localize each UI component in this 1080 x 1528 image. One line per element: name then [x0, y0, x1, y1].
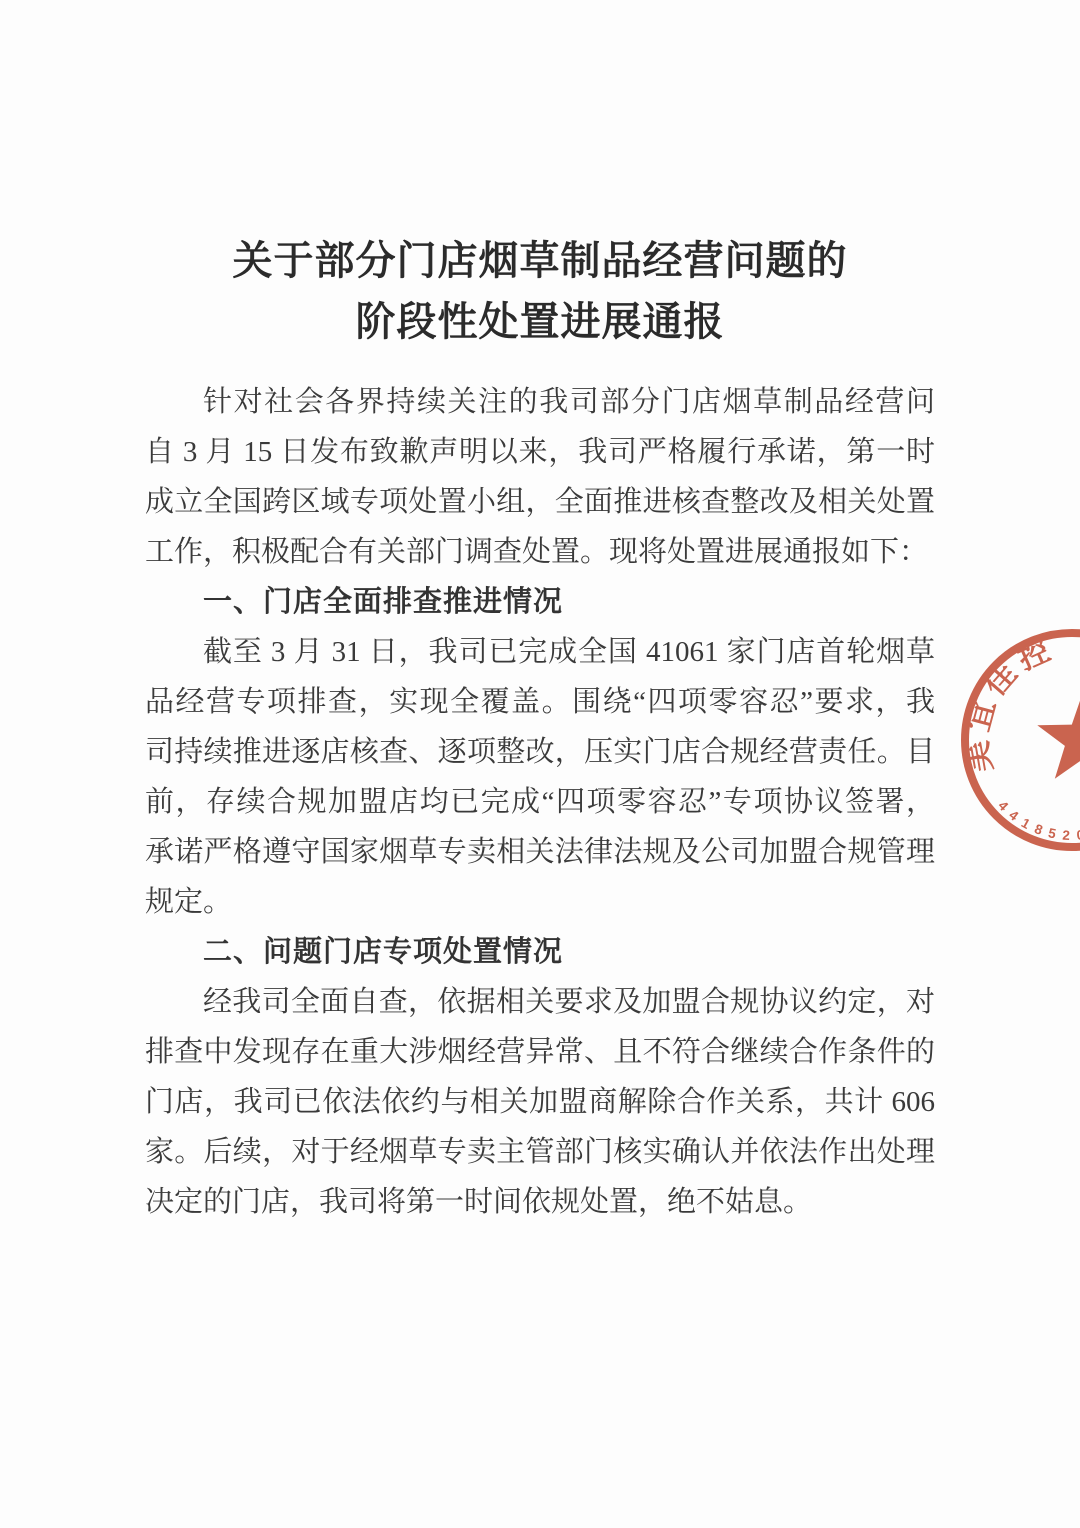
section-1-line: 规定。	[145, 877, 935, 927]
scanned-document-page: 关于部分门店烟草制品经营问题的 阶段性处置进展通报 针对社会各界持续关注的我司部…	[0, 0, 1080, 1528]
section-1-line: 品经营专项排查，实现全覆盖。围绕“四项零容忍”要求，我	[145, 677, 935, 727]
section-2-line: 家。后续，对于经烟草专卖主管部门核实确认并依法作出处理	[145, 1127, 935, 1177]
intro-line: 针对社会各界持续关注的我司部分门店烟草制品经营问题，	[145, 377, 935, 427]
section-2-heading: 二、问题门店专项处置情况	[145, 927, 935, 977]
seal-serial-digit: 1	[1019, 815, 1033, 832]
intro-line: 自 3 月 15 日发布致歉声明以来，我司严格履行承诺，第一时间	[145, 427, 935, 477]
seal-serial-digit: 4	[1006, 807, 1021, 824]
section-1-line: 截至 3 月 31 日，我司已完成全国 41061 家门店首轮烟草制	[145, 627, 935, 677]
seal-arc-char: 佳	[977, 656, 1024, 702]
section-2-line: 决定的门店，我司将第一时间依规处置，绝不姑息。	[145, 1177, 935, 1227]
section-1-line: 承诺严格遵守国家烟草专卖相关法律法规及公司加盟合规管理	[145, 827, 935, 877]
document-title: 关于部分门店烟草制品经营问题的 阶段性处置进展通报	[145, 230, 935, 352]
seal-serial-digit: 2	[1062, 828, 1070, 843]
seal-ring-icon	[965, 633, 1080, 847]
section-2-line: 门店，我司已依法依约与相关加盟商解除合作关系，共计 606	[145, 1077, 935, 1127]
seal-serial-digit: 0	[1076, 827, 1080, 843]
section-2-line: 经我司全面自查，依据相关要求及加盟合规协议约定，对	[145, 977, 935, 1027]
seal-serial-digit: 4	[995, 798, 1011, 814]
section-2-line: 排查中发现存在重大涉烟经营异常、且不符合继续合作条件的	[145, 1027, 935, 1077]
seal-arc-char: 美	[959, 739, 999, 776]
intro-line: 成立全国跨区域专项处置小组，全面推进核查整改及相关处置	[145, 477, 935, 527]
seal-serial-digit: 5	[1047, 825, 1058, 841]
seal-serial-digit: 8	[1032, 821, 1045, 838]
intro-line: 工作，积极配合有关部门调查处置。现将处置进展通报如下：	[145, 527, 935, 577]
document-body: 针对社会各界持续关注的我司部分门店烟草制品经营问题， 自 3 月 15 日发布致…	[145, 377, 935, 1227]
section-1-line: 前，存续合规加盟店均已完成“四项零容忍”专项协议签署，	[145, 777, 935, 827]
title-line-2: 阶段性处置进展通报	[145, 291, 935, 352]
title-line-1: 关于部分门店烟草制品经营问题的	[145, 230, 935, 291]
section-1-line: 司持续推进逐店核查、逐项整改，压实门店合规经营责任。目	[145, 727, 935, 777]
seal-star-icon	[1037, 692, 1080, 779]
seal-arc-char: 控	[1012, 632, 1055, 677]
seal-arc-char: 宜	[960, 696, 1002, 735]
section-1-heading: 一、门店全面排查推进情况	[145, 577, 935, 627]
